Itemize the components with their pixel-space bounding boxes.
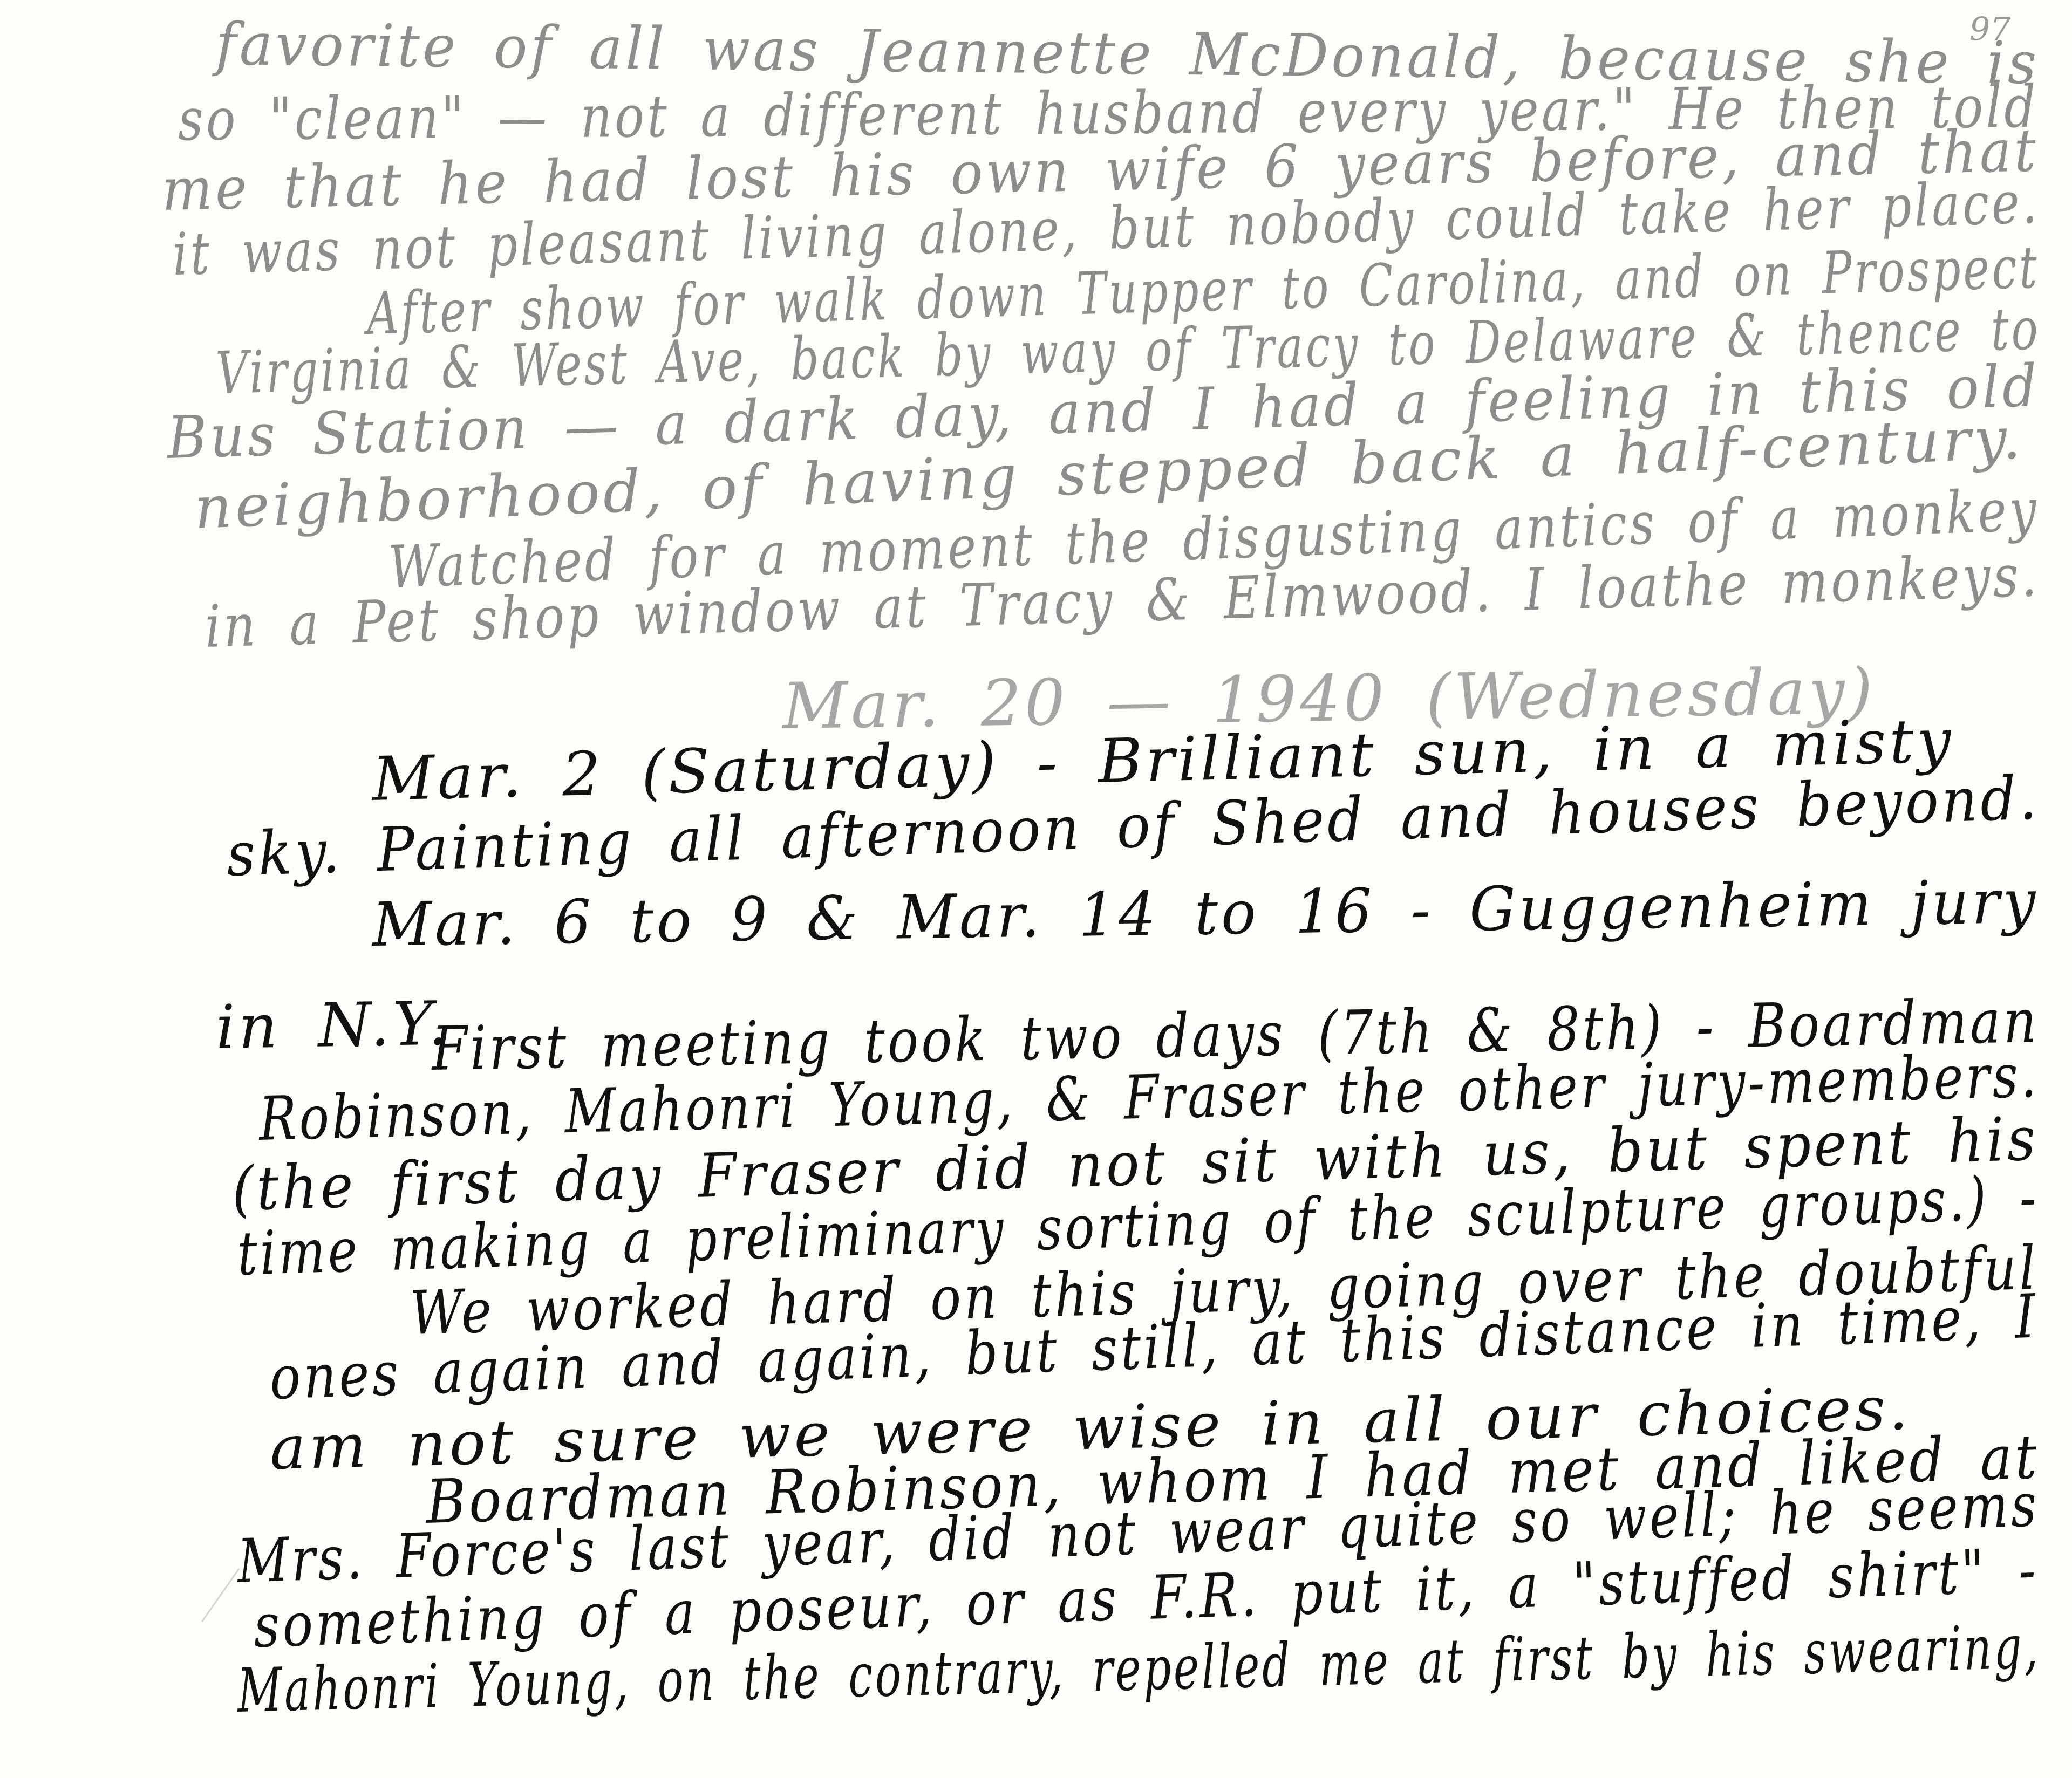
diary-page: 97 favorite of all was Jeannette McDonal… — [0, 0, 2072, 1778]
ink-line: in N.Y. — [215, 988, 451, 1063]
ink-line: Mar. 6 to 9 & Mar. 14 to 16 - Guggenheim… — [372, 867, 2039, 960]
